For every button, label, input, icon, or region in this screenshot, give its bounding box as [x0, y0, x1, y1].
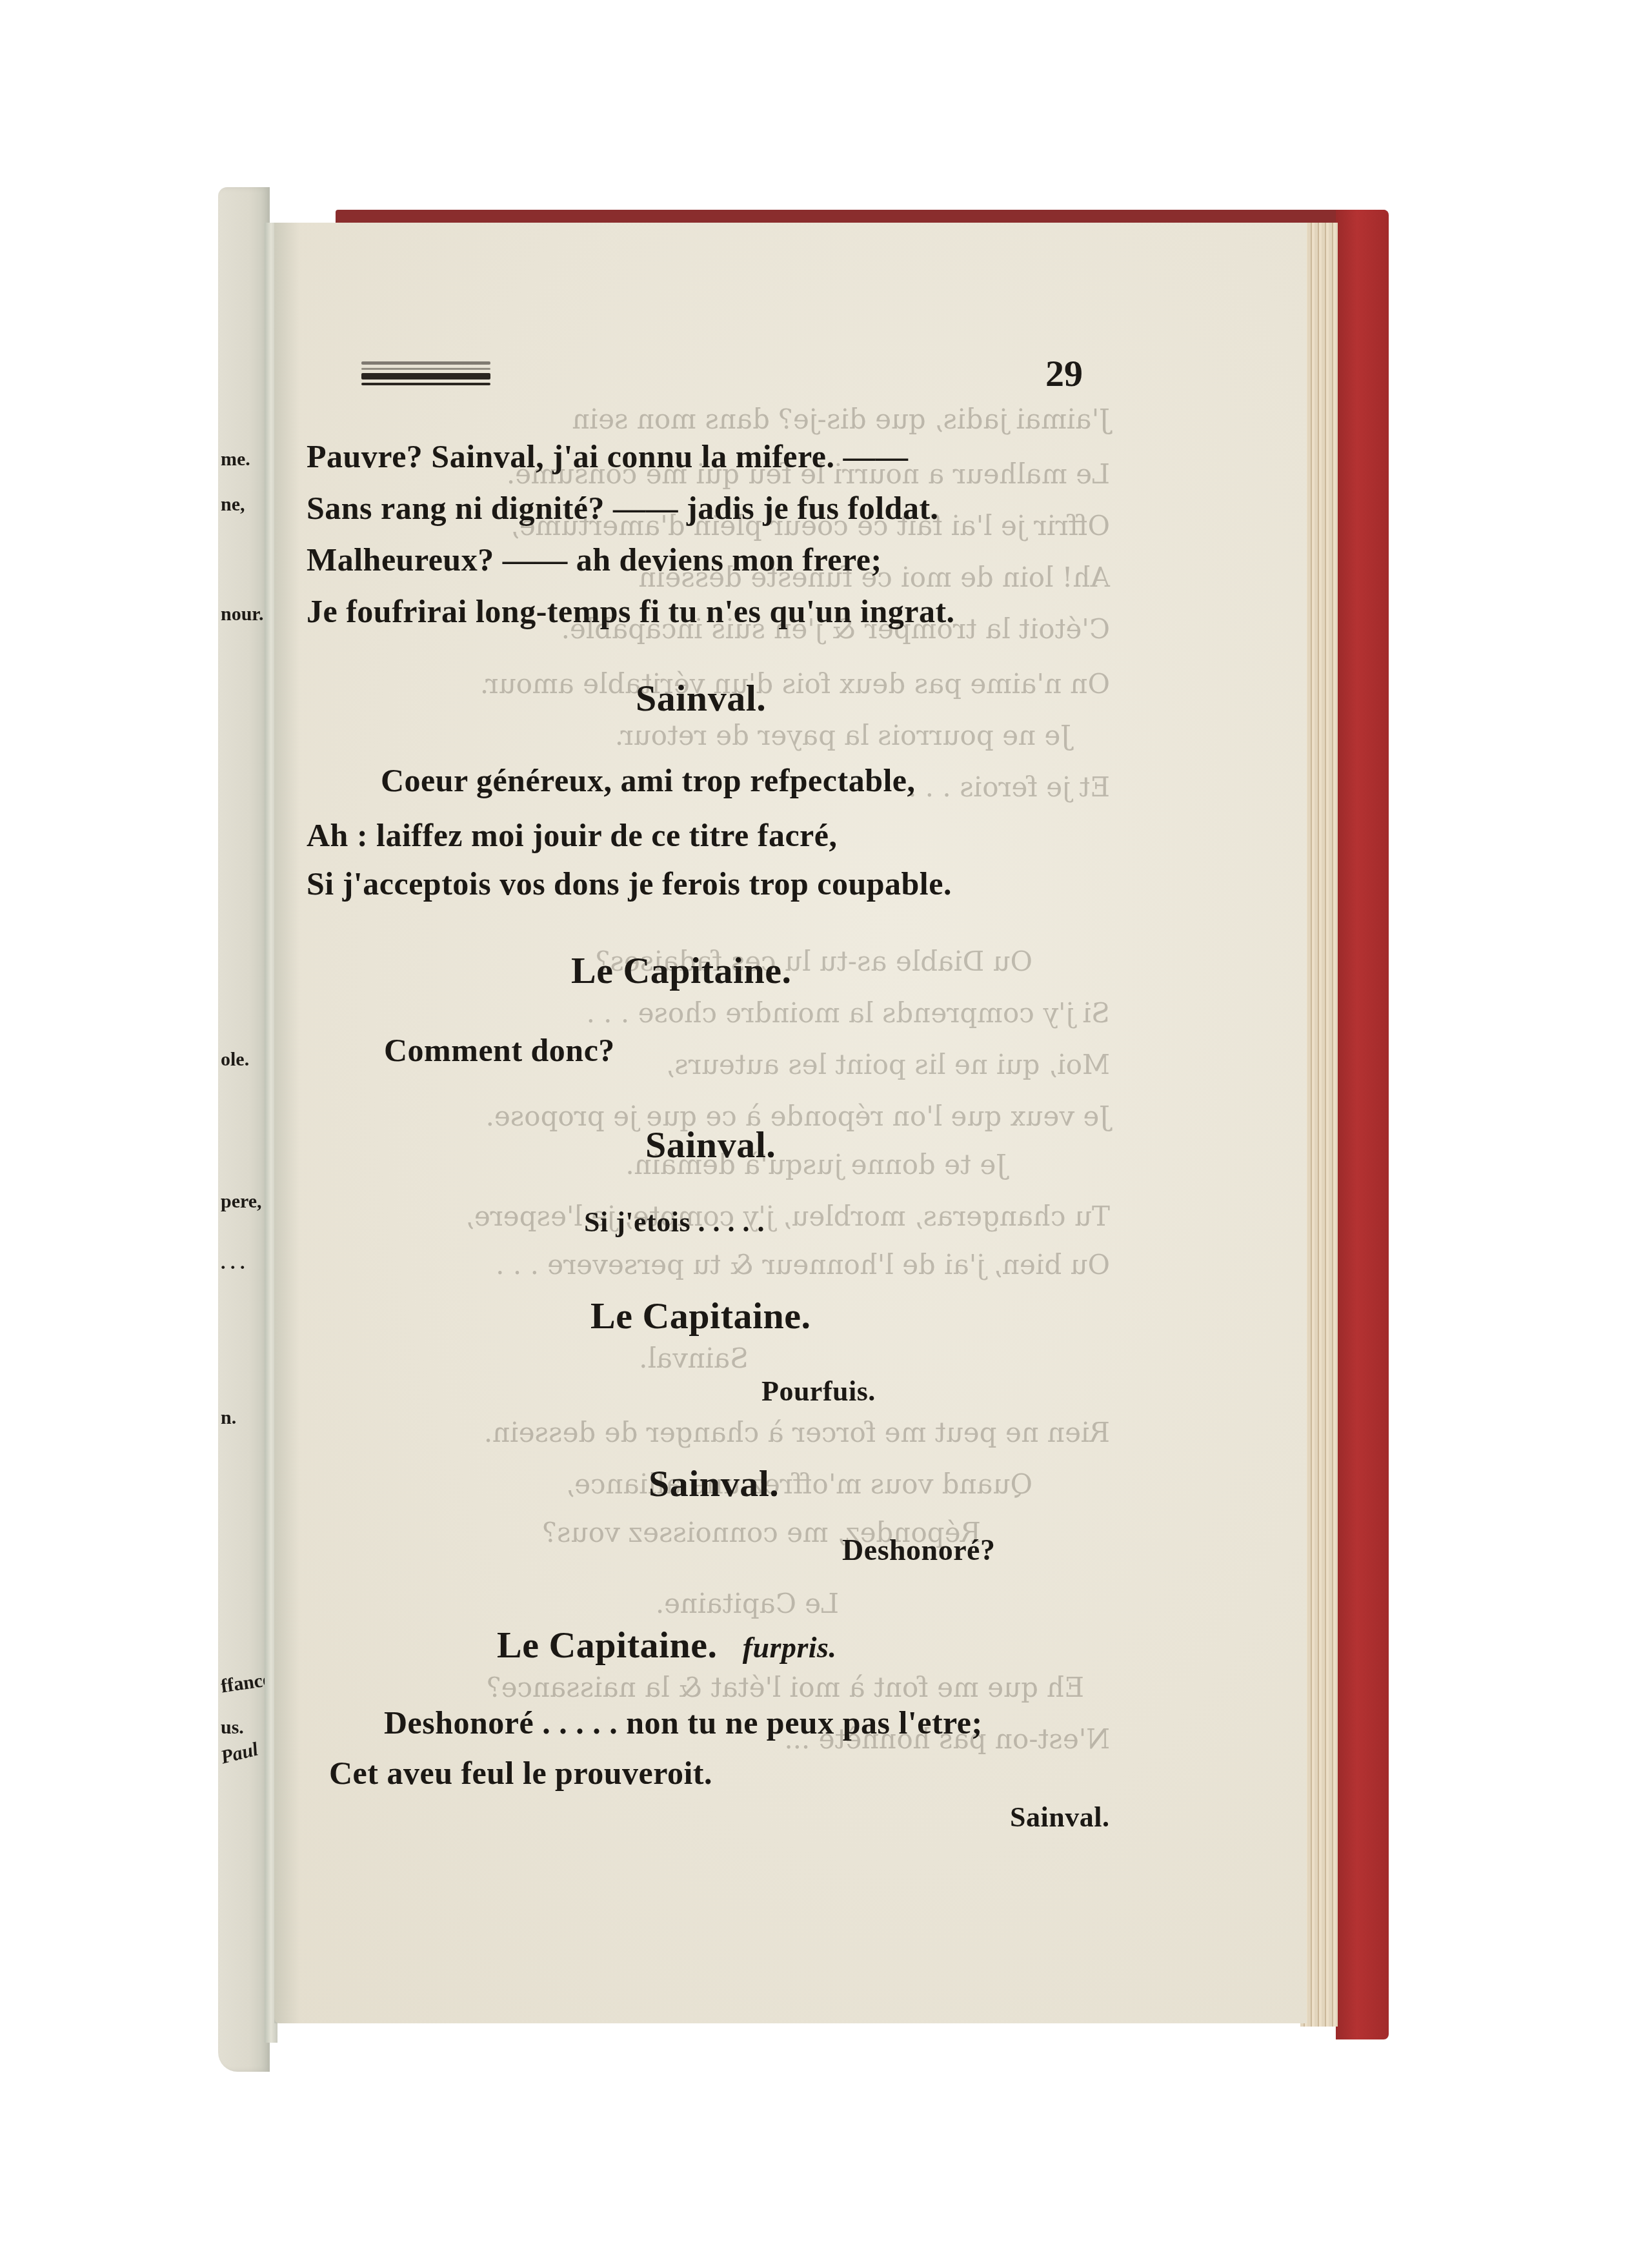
red-leather-cover-edge — [1336, 210, 1389, 2039]
left-page-fragment: Paul — [219, 1738, 261, 1768]
stage-direction: furpris. — [743, 1631, 837, 1664]
verse-line: Si j'etois . . . . . — [584, 1206, 765, 1239]
verse-line: Ah : laiffez moi jouir de ce titre facré… — [307, 816, 838, 854]
left-page-fragment: pere, — [221, 1191, 262, 1213]
verse-line: Sans rang ni dignité? —— jadis je fus fo… — [307, 489, 939, 527]
bleed-through-line: Eh que me font à moi l'état & la naissan… — [361, 1672, 1084, 1703]
bleed-through-line: Le Capitaine. — [568, 1588, 839, 1619]
speaker-heading: Le Capitaine. — [571, 949, 792, 992]
left-page-fragment: ffance? — [219, 1668, 270, 1698]
verse-line: Coeur généreux, ami trop refpectable, — [381, 762, 916, 799]
bleed-through-line: Rien ne peut me forcer à changer de dess… — [323, 1417, 1110, 1448]
red-leather-cover-top — [336, 210, 1387, 223]
verse-line: Pourfuis. — [761, 1375, 876, 1408]
speaker-heading: Le Capitaine. — [590, 1294, 811, 1337]
bleed-through-line: Si j'y comprends la moindre chose . . . — [323, 997, 1110, 1029]
verse-line: Je foufrirai long-temps fi tu n'es qu'un… — [307, 592, 955, 630]
verse-line: Pauvre? Sainval, j'ai connu la mifere. —… — [307, 438, 909, 475]
left-page-fragment: me. — [221, 449, 250, 470]
left-page-fragment: ne, — [221, 494, 245, 516]
left-page-fragment: ole. — [221, 1049, 249, 1071]
speaker-heading: Sainval. — [649, 1462, 779, 1505]
left-page-fragment: us. — [221, 1717, 244, 1739]
book-photograph: me. ne, nour. ole. pere, . . . n. ffance… — [0, 0, 1652, 2246]
bleed-through-line: J'aimai jadis, que dis-je? dans mon sein — [323, 403, 1110, 435]
verse-line: Si j'acceptois vos dons je ferois trop c… — [307, 865, 952, 902]
speaker-heading: Sainval. — [645, 1123, 776, 1166]
catchword: Sainval. — [1010, 1801, 1109, 1834]
verse-line: Malheureux? —— ah deviens mon frere; — [307, 541, 882, 578]
speaker-name: Le Capitaine. — [497, 1624, 718, 1666]
verse-line: Deshonoré . . . . . non tu ne peux pas l… — [384, 1704, 983, 1741]
page-number: 29 — [1045, 352, 1083, 395]
left-page-fragment: . . . — [221, 1252, 245, 1274]
left-page-fragment: nour. — [221, 603, 263, 625]
verse-line: Cet aveu feul le prouveroit. — [329, 1754, 712, 1792]
headpiece-rule — [361, 361, 490, 394]
left-page-edge: me. ne, nour. ole. pere, . . . n. ffance… — [218, 187, 270, 2072]
left-page-fragment: n. — [221, 1407, 236, 1429]
bleed-through-line: Ou bien, j'ai de l'honneur & tu persever… — [323, 1249, 1110, 1280]
gutter-shadow — [274, 223, 300, 2023]
bleed-through-line: Je ne pourrois la payer de retour. — [361, 720, 1071, 751]
verse-line: Comment donc? — [384, 1031, 615, 1069]
verse-line: Deshonoré? — [842, 1533, 996, 1567]
speaker-heading: Le Capitaine. furpris. — [497, 1623, 837, 1666]
bleed-through-line: Sainval. — [581, 1342, 749, 1374]
speaker-heading: Sainval. — [636, 676, 766, 720]
